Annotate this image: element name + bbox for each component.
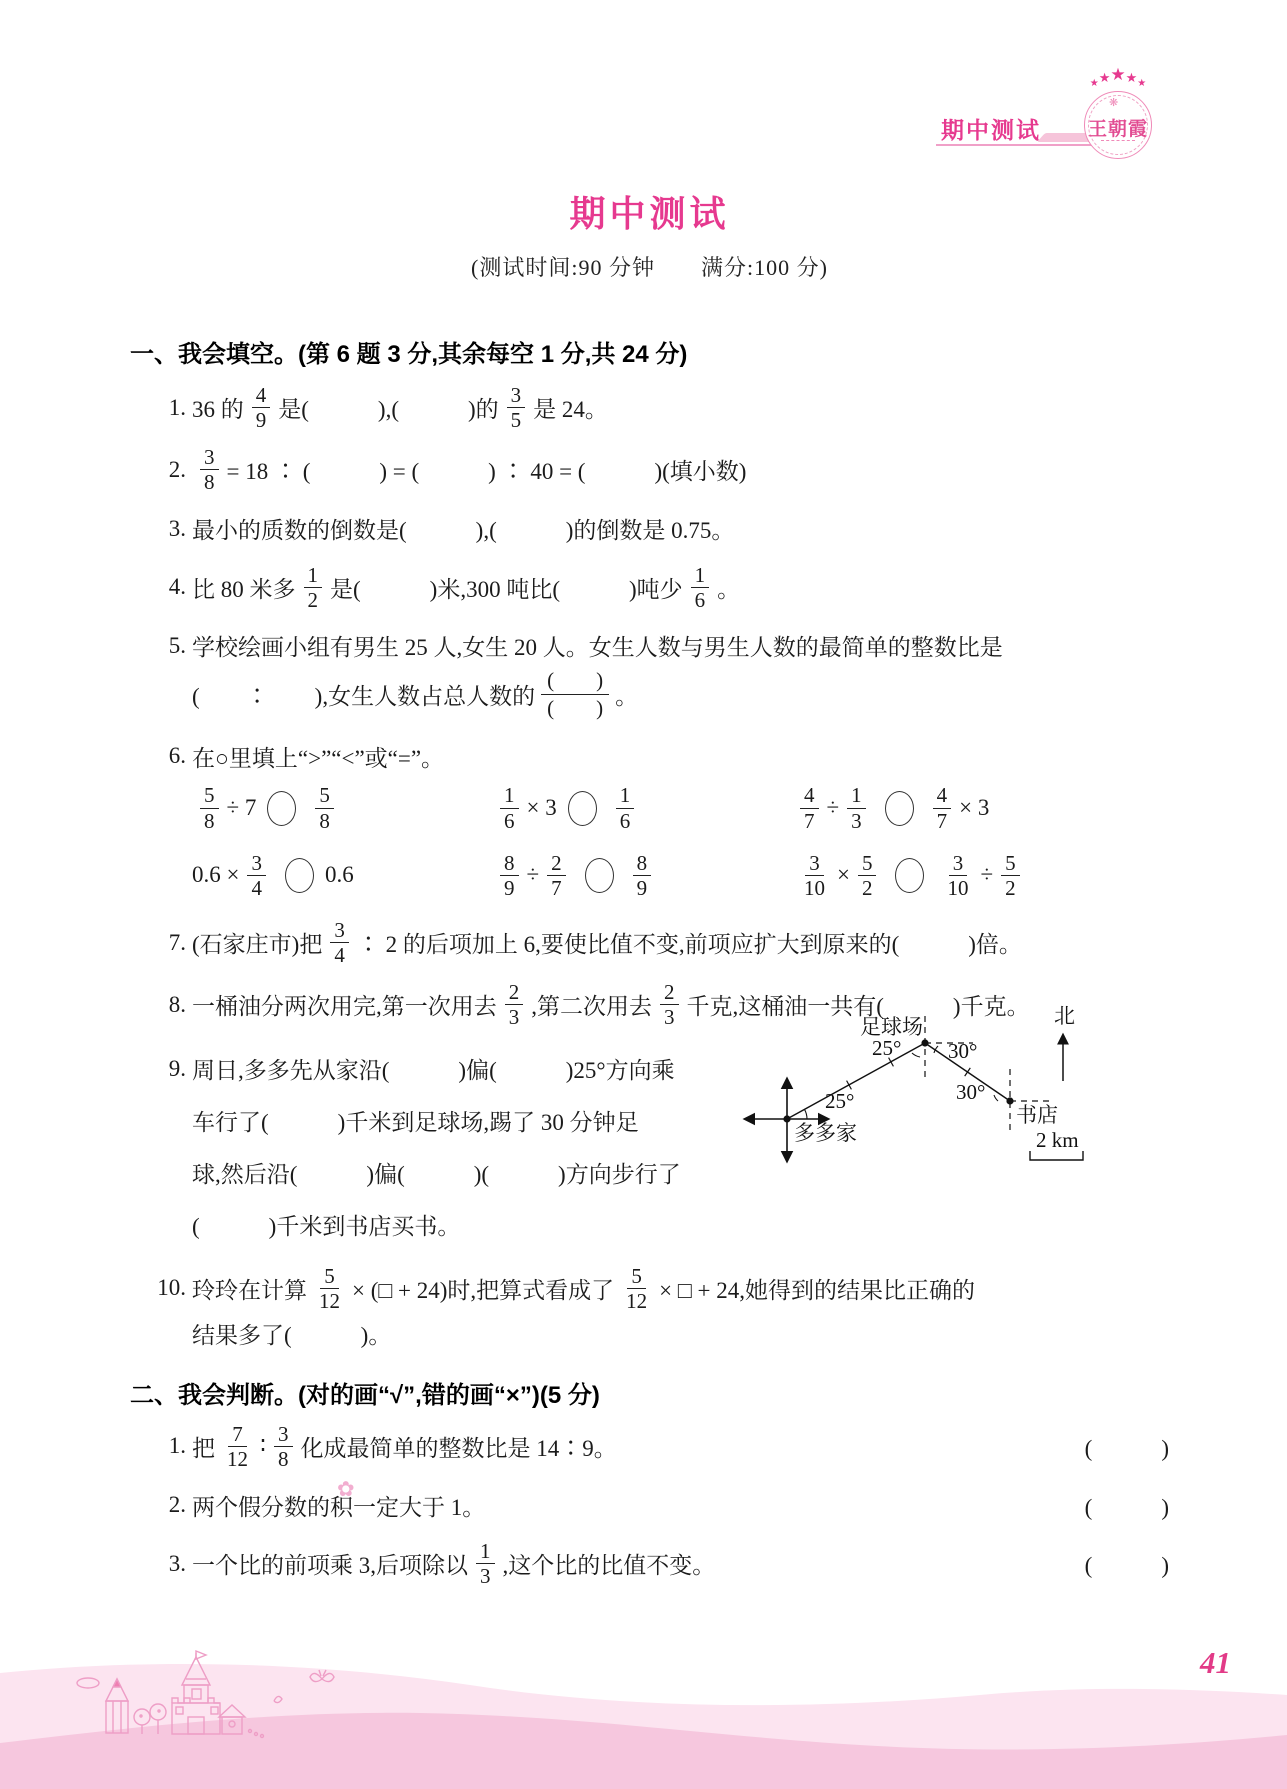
fraction: 27 [547, 851, 566, 900]
denominator: 9 [633, 876, 652, 900]
fraction: 310 [943, 851, 972, 900]
numerator: 1 [304, 563, 323, 588]
denominator: 3 [476, 1564, 495, 1588]
fraction: 58 [315, 783, 334, 832]
numerator: 7 [228, 1422, 247, 1447]
denominator: 8 [315, 809, 334, 833]
question-line: 3.最小的质数的倒数是( ),( )的倒数是 0.75。 [192, 508, 1169, 550]
answer-blank[interactable]: ( ) [1085, 1430, 1169, 1463]
numerator: 5 [320, 1264, 339, 1289]
denominator: 7 [547, 876, 566, 900]
question-text: 36 的 [192, 391, 244, 424]
home-point [783, 1115, 790, 1122]
denominator: 10 [943, 876, 972, 900]
question-5: 5.学校绘画小组有男生 25 人,女生 20 人。女生人数与男生人数的最简单的整… [192, 625, 1169, 723]
answer-blank[interactable]: ( ) [1085, 1489, 1169, 1522]
numerator: 1 [616, 783, 635, 808]
question-text: 一个比的前项乘 3,后项除以 [192, 1547, 468, 1580]
comparison-expression: 89÷2789 [492, 851, 792, 900]
question-text: ,第二次用去 [531, 988, 652, 1021]
section1-heading: 一、我会填空。(第 6 题 3 分,其余每空 1 分,共 24 分) [130, 334, 1169, 369]
question-line: ( )千米到书店买书。 [192, 1199, 752, 1251]
route-home-to-field [787, 1043, 925, 1119]
question-line: 2.38= 18 ∶ ( ) = ( ) ∶ 40 = ( )(填小数) [192, 445, 1169, 494]
fraction: 12 [304, 563, 323, 612]
fraction: 512 [315, 1264, 344, 1313]
question-text: 是( ),( )的 [278, 391, 498, 424]
numerator: 4 [933, 783, 952, 808]
question-line: 7.(石家庄市)把34∶ 2 的后项加上 6,要使比值不变,前项应扩大到原来的(… [192, 918, 1169, 967]
numerator: 4 [800, 783, 819, 808]
fraction: 38 [200, 445, 219, 494]
question-text: 。 [717, 571, 740, 604]
denominator: 6 [500, 809, 519, 833]
denominator: 8 [274, 1447, 293, 1471]
denominator: 8 [200, 470, 219, 494]
page-number: 41 [1200, 1645, 1231, 1681]
numerator: 3 [949, 851, 968, 876]
numerator: 8 [633, 851, 652, 876]
question-text: 周日,多多先从家沿( )偏( )25°方向乘 [192, 1052, 675, 1085]
question-number: 7. [144, 930, 186, 956]
question-text: 在○里填上“>”“<”或“=”。 [192, 740, 444, 773]
question-number: 2. [144, 457, 186, 483]
question-line: 球,然后沿( )偏( )( )方向步行了 [192, 1147, 752, 1199]
compare-circle-blank[interactable] [285, 858, 314, 893]
denominator: 2 [1001, 876, 1020, 900]
question-line: 车行了( )千米到足球场,踢了 30 分钟足 [192, 1095, 752, 1147]
numerator: 5 [858, 851, 877, 876]
numerator: 3 [507, 383, 526, 408]
question-text: 0.6 [325, 862, 354, 888]
question-text: 结果多了( )。 [192, 1317, 391, 1350]
question-number: 3. [144, 1551, 186, 1577]
question-text: × [837, 862, 850, 888]
fraction: 23 [505, 980, 524, 1029]
store-label: 书店 [1016, 1103, 1058, 1127]
compare-circle-blank[interactable] [895, 858, 924, 893]
question-line: 6.在○里填上“>”“<”或“=”。 [192, 735, 1169, 777]
numerator: 3 [805, 851, 824, 876]
denominator: 7 [800, 809, 819, 833]
question-text: = 18 ∶ ( ) = ( ) ∶ 40 = ( )(填小数) [227, 453, 747, 486]
question-text: 学校绘画小组有男生 25 人,女生 20 人。女生人数与男生人数的最简单的整数比… [192, 629, 1003, 662]
question-text: ( ∶ ),女生人数占总人数的 [192, 678, 535, 711]
question-text: 0.6 × [192, 862, 239, 888]
numerator: 1 [476, 1539, 495, 1564]
fraction: 23 [660, 980, 679, 1029]
section2-heading: 二、我会判断。(对的画“√”,错的画“×”)(5 分) [130, 1375, 1169, 1410]
fraction: 16 [500, 783, 519, 832]
home-angle: 25° [825, 1089, 854, 1113]
fraction: 512 [622, 1264, 651, 1313]
question-text: 球,然后沿( )偏( )( )方向步行了 [192, 1156, 681, 1189]
numerator: 1 [691, 563, 710, 588]
question-1: 1.36 的49是( ),( )的35是 24。 [192, 383, 1169, 432]
denominator: 12 [622, 1289, 651, 1313]
fraction: 13 [847, 783, 866, 832]
question-text: × (□ + 24)时,把算式看成了 [352, 1272, 614, 1305]
fraction: 38 [274, 1422, 293, 1471]
numerator: 1 [847, 783, 866, 808]
judgment-1: 1.把712∶38化成最简单的整数比是 14∶9。( ) [192, 1422, 1169, 1471]
question-9-text: 9.周日,多多先从家沿( )偏( )25°方向乘车行了( )千米到足球场,踢了 … [192, 1043, 752, 1251]
comparison-expression: 0.6 ×340.6 [192, 851, 492, 900]
field-point [921, 1039, 928, 1046]
fraction: 34 [247, 851, 266, 900]
denominator: 12 [223, 1447, 252, 1471]
fraction: 34 [330, 918, 349, 967]
judgment-3: 3.一个比的前项乘 3,后项除以13,这个比的比值不变。( ) [192, 1539, 1169, 1588]
fraction: 712 [223, 1422, 252, 1471]
direction-diagram: 北 2 km 足球场 25° 30° 30° 书店 25° 多多家 [680, 991, 1192, 1201]
question-number: 4. [144, 574, 186, 600]
comparison-expression: 310×52310÷52 [792, 851, 1169, 900]
test-paper-page: 期中测试 ★★★★★ ❋ 王朝霞 期中测试 (测试时间:90 分钟 满分:100… [0, 0, 1287, 1789]
denominator: 4 [247, 876, 266, 900]
numerator: 3 [274, 1422, 293, 1447]
fraction: 47 [933, 783, 952, 832]
compare-circle-blank[interactable] [568, 791, 597, 826]
denominator: 9 [252, 408, 271, 432]
question-number: 6. [144, 743, 186, 769]
question-9: 9.周日,多多先从家沿( )偏( )25°方向乘车行了( )千米到足球场,踢了 … [192, 1043, 1169, 1251]
question-number: 3. [144, 516, 186, 542]
angle-arc [994, 1095, 998, 1101]
question-text: × □ + 24,她得到的结果比正确的 [659, 1272, 975, 1305]
question-number: 1. [144, 395, 186, 421]
question-text: ÷ [980, 862, 993, 888]
fraction: 47 [800, 783, 819, 832]
question-4: 4.比 80 米多12是( )米,300 吨比( )吨少16。 [192, 563, 1169, 612]
answer-blank[interactable]: ( ) [1085, 1547, 1169, 1580]
compare-circle-blank[interactable] [885, 791, 914, 826]
route-tick [965, 1067, 971, 1075]
denominator: 4 [330, 943, 349, 967]
numerator: 2 [660, 980, 679, 1005]
question-number: 8. [144, 992, 186, 1018]
judgment-questions-list: 1.把712∶38化成最简单的整数比是 14∶9。( )2.两个假分数的积一定大… [130, 1422, 1169, 1589]
numerator: 5 [627, 1264, 646, 1289]
question-text: 最小的质数的倒数是( ),( )的倒数是 0.75。 [192, 512, 734, 545]
fraction: 89 [500, 851, 519, 900]
question-line: 1.把712∶38化成最简单的整数比是 14∶9。( ) [192, 1422, 1169, 1471]
numerator: 5 [1001, 851, 1020, 876]
field-east-angle: 30° [948, 1039, 977, 1063]
question-text: ÷ [827, 795, 840, 821]
question-line: 5.学校绘画小组有男生 25 人,女生 20 人。女生人数与男生人数的最简单的整… [192, 625, 1169, 667]
denominator: 6 [691, 588, 710, 612]
compare-circle-blank[interactable] [267, 791, 296, 826]
question-6: 6.在○里填上“>”“<”或“=”。58÷ 75816× 31647÷1347×… [192, 735, 1169, 900]
scale-label: 2 km [1036, 1128, 1079, 1152]
denominator: 3 [847, 809, 866, 833]
fraction: 13 [476, 1539, 495, 1588]
numerator: 3 [200, 445, 219, 470]
question-text: ÷ [527, 862, 540, 888]
denominator: 6 [616, 809, 635, 833]
question-text: ,这个比的比值不变。 [503, 1547, 716, 1580]
denominator: 8 [200, 809, 219, 833]
numerator: 5 [200, 783, 219, 808]
question-text: × 3 [527, 795, 557, 821]
home-label: 多多家 [794, 1121, 857, 1145]
question-3: 3.最小的质数的倒数是( ),( )的倒数是 0.75。 [192, 508, 1169, 550]
question-line: 9.周日,多多先从家沿( )偏( )25°方向乘 [192, 1043, 752, 1095]
field-west-angle: 25° [872, 1036, 901, 1060]
question-number: 5. [144, 633, 186, 659]
question-text: 一桶油分两次用完,第一次用去 [192, 988, 497, 1021]
question-text: ∶ [260, 1433, 266, 1459]
comparison-row: 0.6 ×340.689÷2789310×52310÷52 [192, 851, 1169, 900]
denominator: 10 [800, 876, 829, 900]
fraction: 89 [633, 851, 652, 900]
denominator: 5 [507, 408, 526, 432]
question-line: ( ∶ ),女生人数占总人数的( )( )。 [192, 667, 1169, 723]
numerator: 4 [252, 383, 271, 408]
question-number: 9. [144, 1056, 186, 1082]
angle-arc [912, 1053, 920, 1057]
footer-decoration [0, 1639, 1287, 1789]
fraction: 16 [691, 563, 710, 612]
question-number: 1. [144, 1433, 186, 1459]
question-text: 车行了( )千米到足球场,踢了 30 分钟足 [192, 1104, 639, 1137]
fill-in-questions-list: 1.36 的49是( ),( )的35是 24。2.38= 18 ∶ ( ) =… [130, 383, 1169, 1355]
numerator: 1 [500, 783, 519, 808]
fraction: 35 [507, 383, 526, 432]
question-10: 10.玲玲在计算512× (□ + 24)时,把算式看成了512× □ + 24… [192, 1264, 1169, 1355]
question-text: (石家庄市)把 [192, 926, 322, 959]
flower-doodle: ✿ [337, 1477, 355, 1502]
denominator: 9 [500, 876, 519, 900]
question-text: 把 [192, 1430, 215, 1463]
store-point [1006, 1097, 1013, 1104]
numerator: 3 [330, 918, 349, 943]
question-text: ( )千米到书店买书。 [192, 1208, 460, 1241]
fraction: 58 [200, 783, 219, 832]
fraction: 16 [616, 783, 635, 832]
denominator: 7 [933, 809, 952, 833]
denominator: 2 [858, 876, 877, 900]
question-line: 结果多了( )。 [192, 1313, 1169, 1355]
numerator: 8 [500, 851, 519, 876]
question-line: 4.比 80 米多12是( )米,300 吨比( )吨少16。 [192, 563, 1169, 612]
question-text: × 3 [959, 795, 989, 821]
test-info: (测试时间:90 分钟 满分:100 分) [130, 251, 1169, 282]
compare-circle-blank[interactable] [585, 858, 614, 893]
numerator: 5 [315, 783, 334, 808]
scale-bracket [1030, 1151, 1083, 1160]
blank-fraction[interactable]: ( )( ) [541, 667, 609, 723]
paper-body: 期中测试 (测试时间:90 分钟 满分:100 分) 一、我会填空。(第 6 题… [0, 0, 1287, 1588]
denominator: 3 [505, 1005, 524, 1029]
page-title: 期中测试 [130, 0, 1169, 237]
question-2: 2.38= 18 ∶ ( ) = ( ) ∶ 40 = ( )(填小数) [192, 445, 1169, 494]
question-line: 3.一个比的前项乘 3,后项除以13,这个比的比值不变。( ) [192, 1539, 1169, 1588]
question-text: ∶ 2 的后项加上 6,要使比值不变,前项应扩大到原来的( )倍。 [357, 926, 1022, 959]
numerator: 2 [505, 980, 524, 1005]
denominator: 12 [315, 1289, 344, 1313]
question-text: ÷ 7 [227, 795, 257, 821]
question-text: 。 [615, 678, 638, 711]
question-line: 10.玲玲在计算512× (□ + 24)时,把算式看成了512× □ + 24… [192, 1264, 1169, 1313]
comparison-row: 58÷ 75816× 31647÷1347× 3 [192, 783, 1169, 832]
question-7: 7.(石家庄市)把34∶ 2 的后项加上 6,要使比值不变,前项应扩大到原来的(… [192, 918, 1169, 967]
question-text: 化成最简单的整数比是 14∶9。 [301, 1430, 617, 1463]
fraction: 310 [800, 851, 829, 900]
question-number: 10. [144, 1275, 186, 1301]
denominator: 2 [304, 588, 323, 612]
question-text: 比 80 米多 [192, 571, 296, 604]
question-line: 1.36 的49是( ),( )的35是 24。 [192, 383, 1169, 432]
comparison-expression: 58÷ 758 [192, 783, 492, 832]
question-text: 玲玲在计算 [192, 1272, 307, 1305]
north-label: 北 [1054, 1004, 1075, 1028]
angle-arc [805, 1109, 808, 1119]
question-text: 是 24。 [533, 391, 608, 424]
fraction: 52 [1001, 851, 1020, 900]
numerator: 2 [547, 851, 566, 876]
store-angle: 30° [956, 1080, 985, 1104]
denominator: 3 [660, 1005, 679, 1029]
comparison-expression: 16× 316 [492, 783, 792, 832]
fraction: 49 [252, 383, 271, 432]
question-number: 2. [144, 1492, 186, 1518]
question-text: 是( )米,300 吨比( )吨少 [330, 571, 683, 604]
fraction: 52 [858, 851, 877, 900]
comparison-expression: 47÷1347× 3 [792, 783, 1169, 832]
numerator: 3 [247, 851, 266, 876]
